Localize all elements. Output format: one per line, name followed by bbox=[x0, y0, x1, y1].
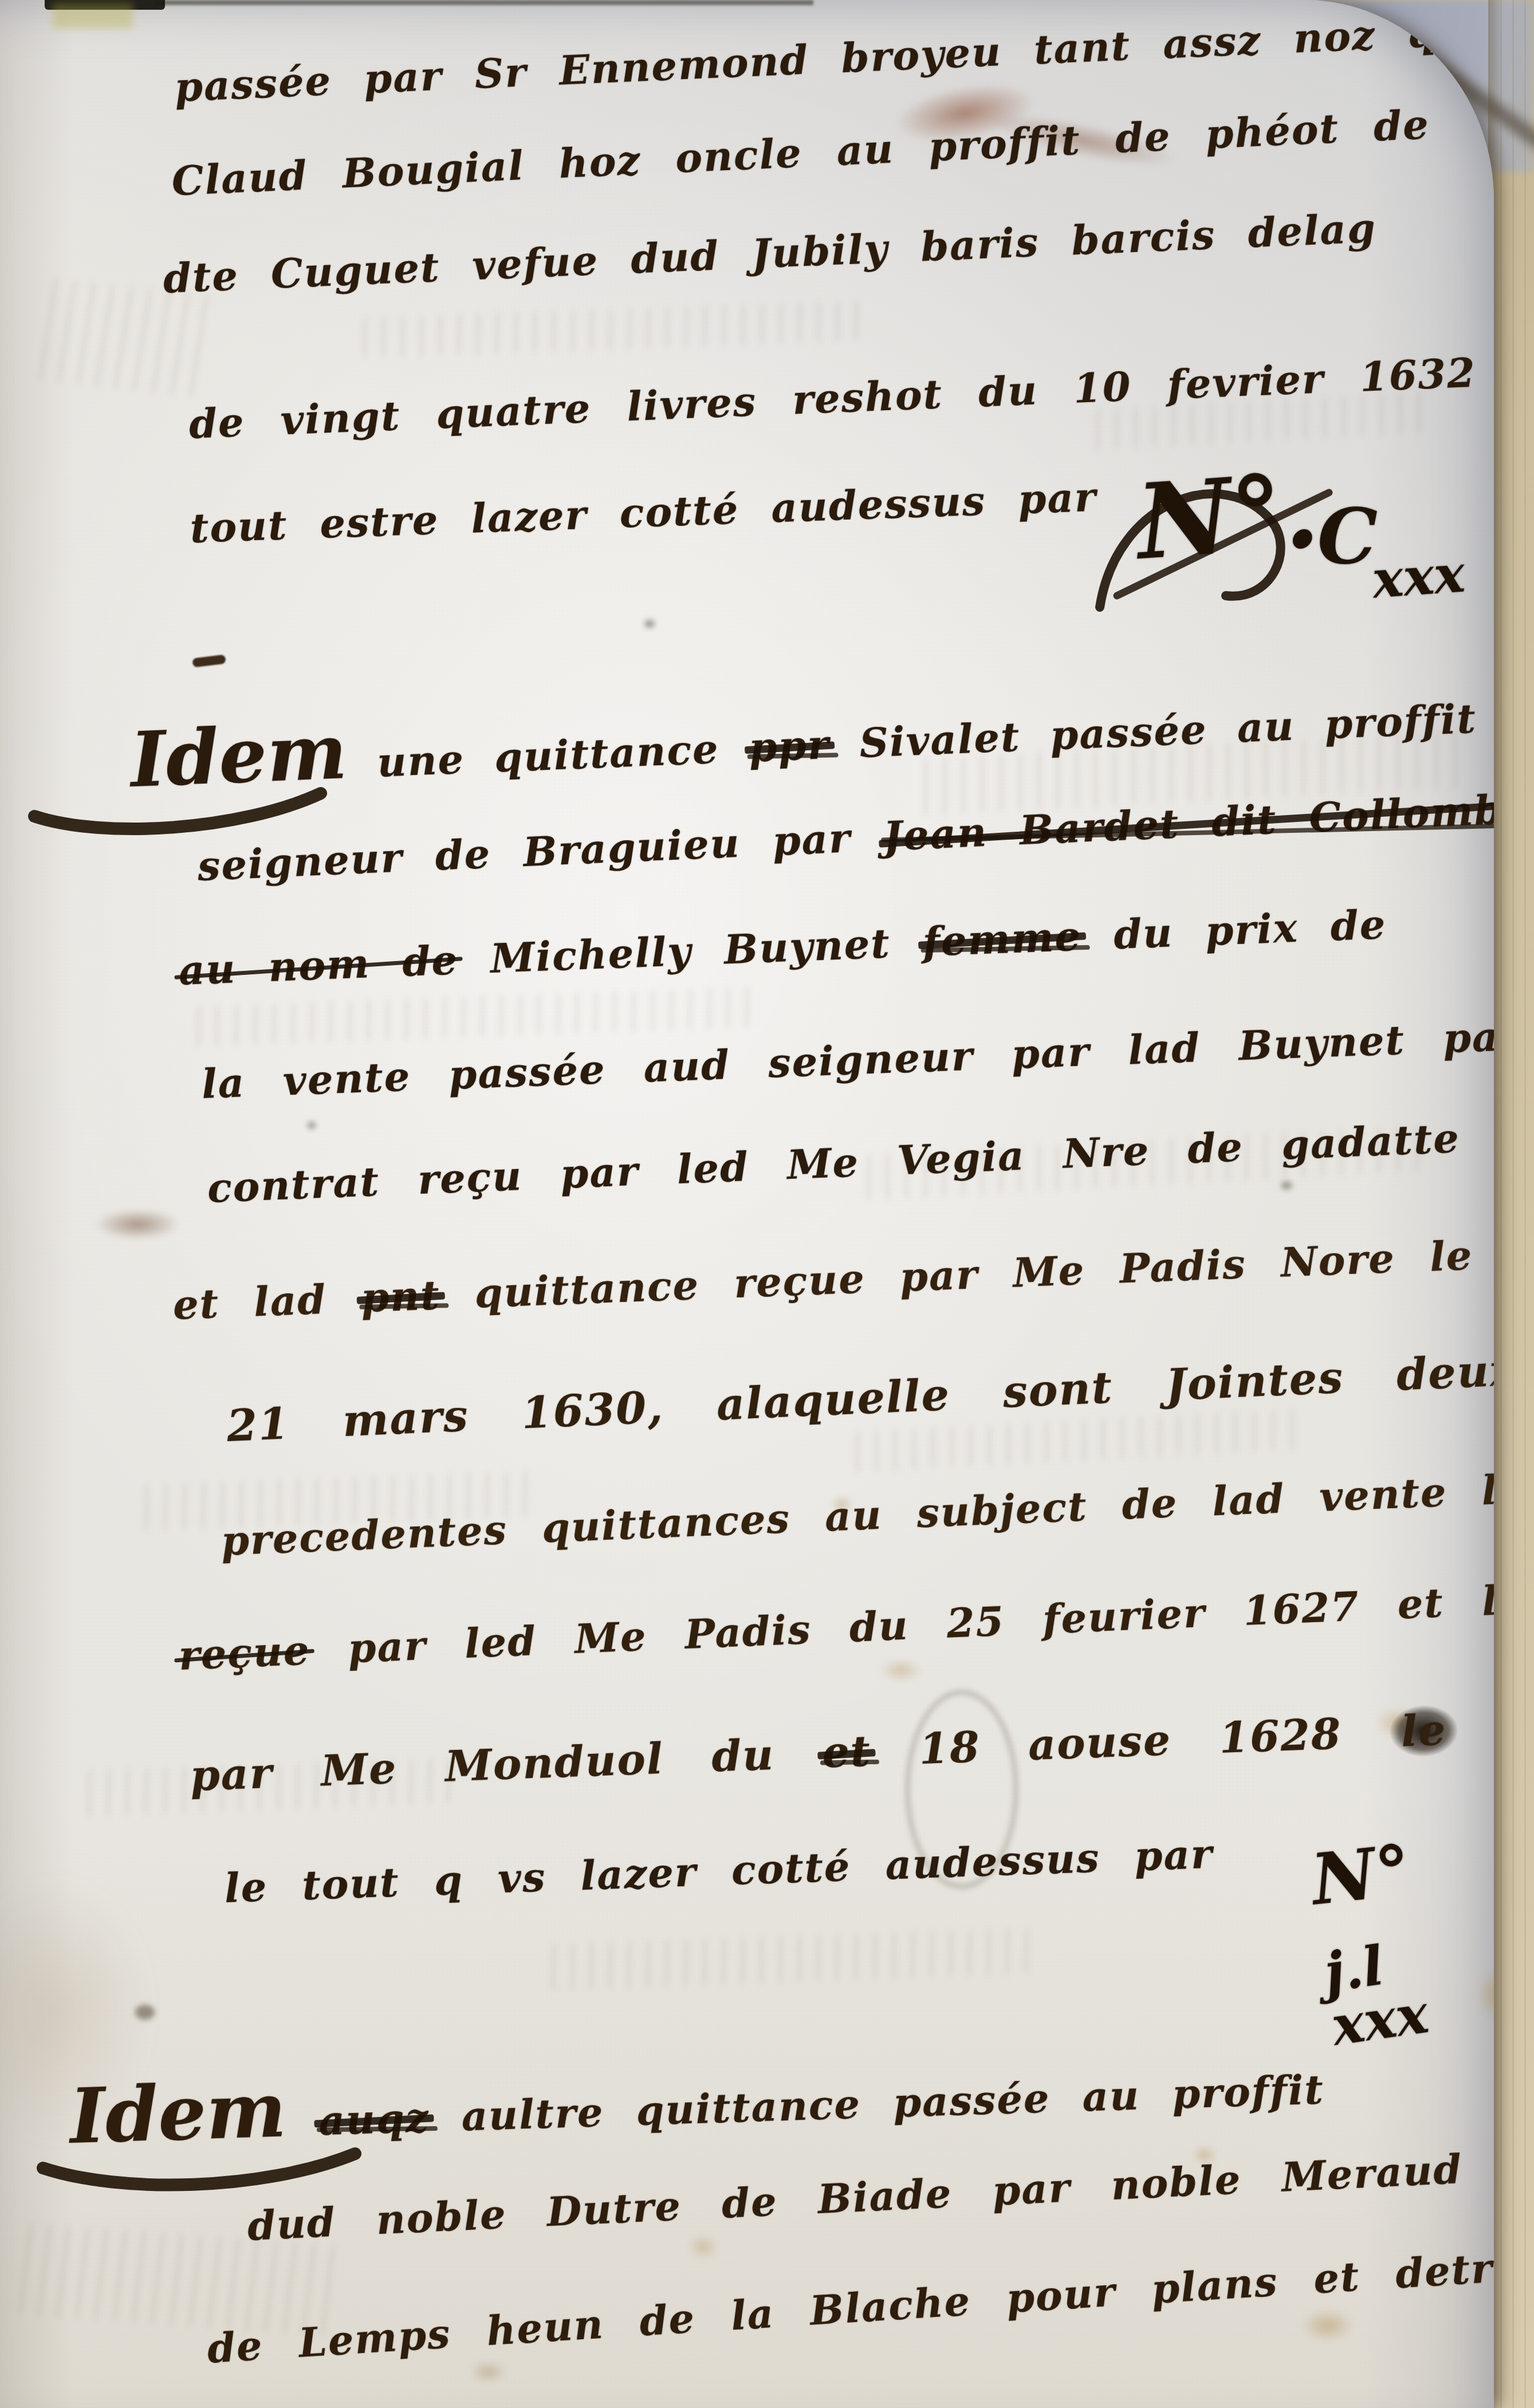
fox-spot bbox=[687, 2234, 719, 2260]
fox-spot bbox=[1300, 2308, 1355, 2343]
flourished-initial: Idem bbox=[69, 2065, 288, 2161]
adjacent-page-edge bbox=[1488, 0, 1534, 2408]
struck-text: et bbox=[821, 1726, 872, 1777]
blotted-text: le bbox=[1389, 1704, 1458, 1758]
top-edge-smear bbox=[53, 3, 133, 29]
numero-mark: N°. bbox=[1134, 459, 1322, 575]
line-text: et lad bbox=[172, 1276, 327, 1329]
dark-speck bbox=[307, 1122, 316, 1129]
book-top-edge-faint bbox=[155, 0, 813, 5]
manuscript-photo: passée par Sr Ennemond broyeu tant assz … bbox=[0, 0, 1534, 2408]
struck-text: femme bbox=[922, 912, 1082, 966]
brown-smudge bbox=[95, 1209, 180, 1240]
dark-speck bbox=[1281, 1181, 1292, 1190]
numero-mark: N° bbox=[1308, 1835, 1414, 1914]
struck-text: ppr bbox=[748, 721, 831, 772]
struck-text: reçue bbox=[178, 1626, 311, 1679]
struck-text: auqz bbox=[318, 2094, 430, 2145]
folio-number-x: xxx bbox=[1371, 548, 1466, 605]
folio-number: j.l xxx bbox=[1321, 1924, 1494, 2054]
flourished-initial: Idem bbox=[129, 707, 349, 805]
folio-number: C bbox=[1317, 499, 1378, 575]
manuscript-page: passée par Sr Ennemond broyeu tant assz … bbox=[0, 0, 1494, 2408]
fox-spot bbox=[470, 2360, 507, 2384]
dark-speck bbox=[644, 620, 655, 628]
fox-spot bbox=[879, 1658, 922, 1682]
struck-text: pnt bbox=[360, 1271, 441, 1321]
